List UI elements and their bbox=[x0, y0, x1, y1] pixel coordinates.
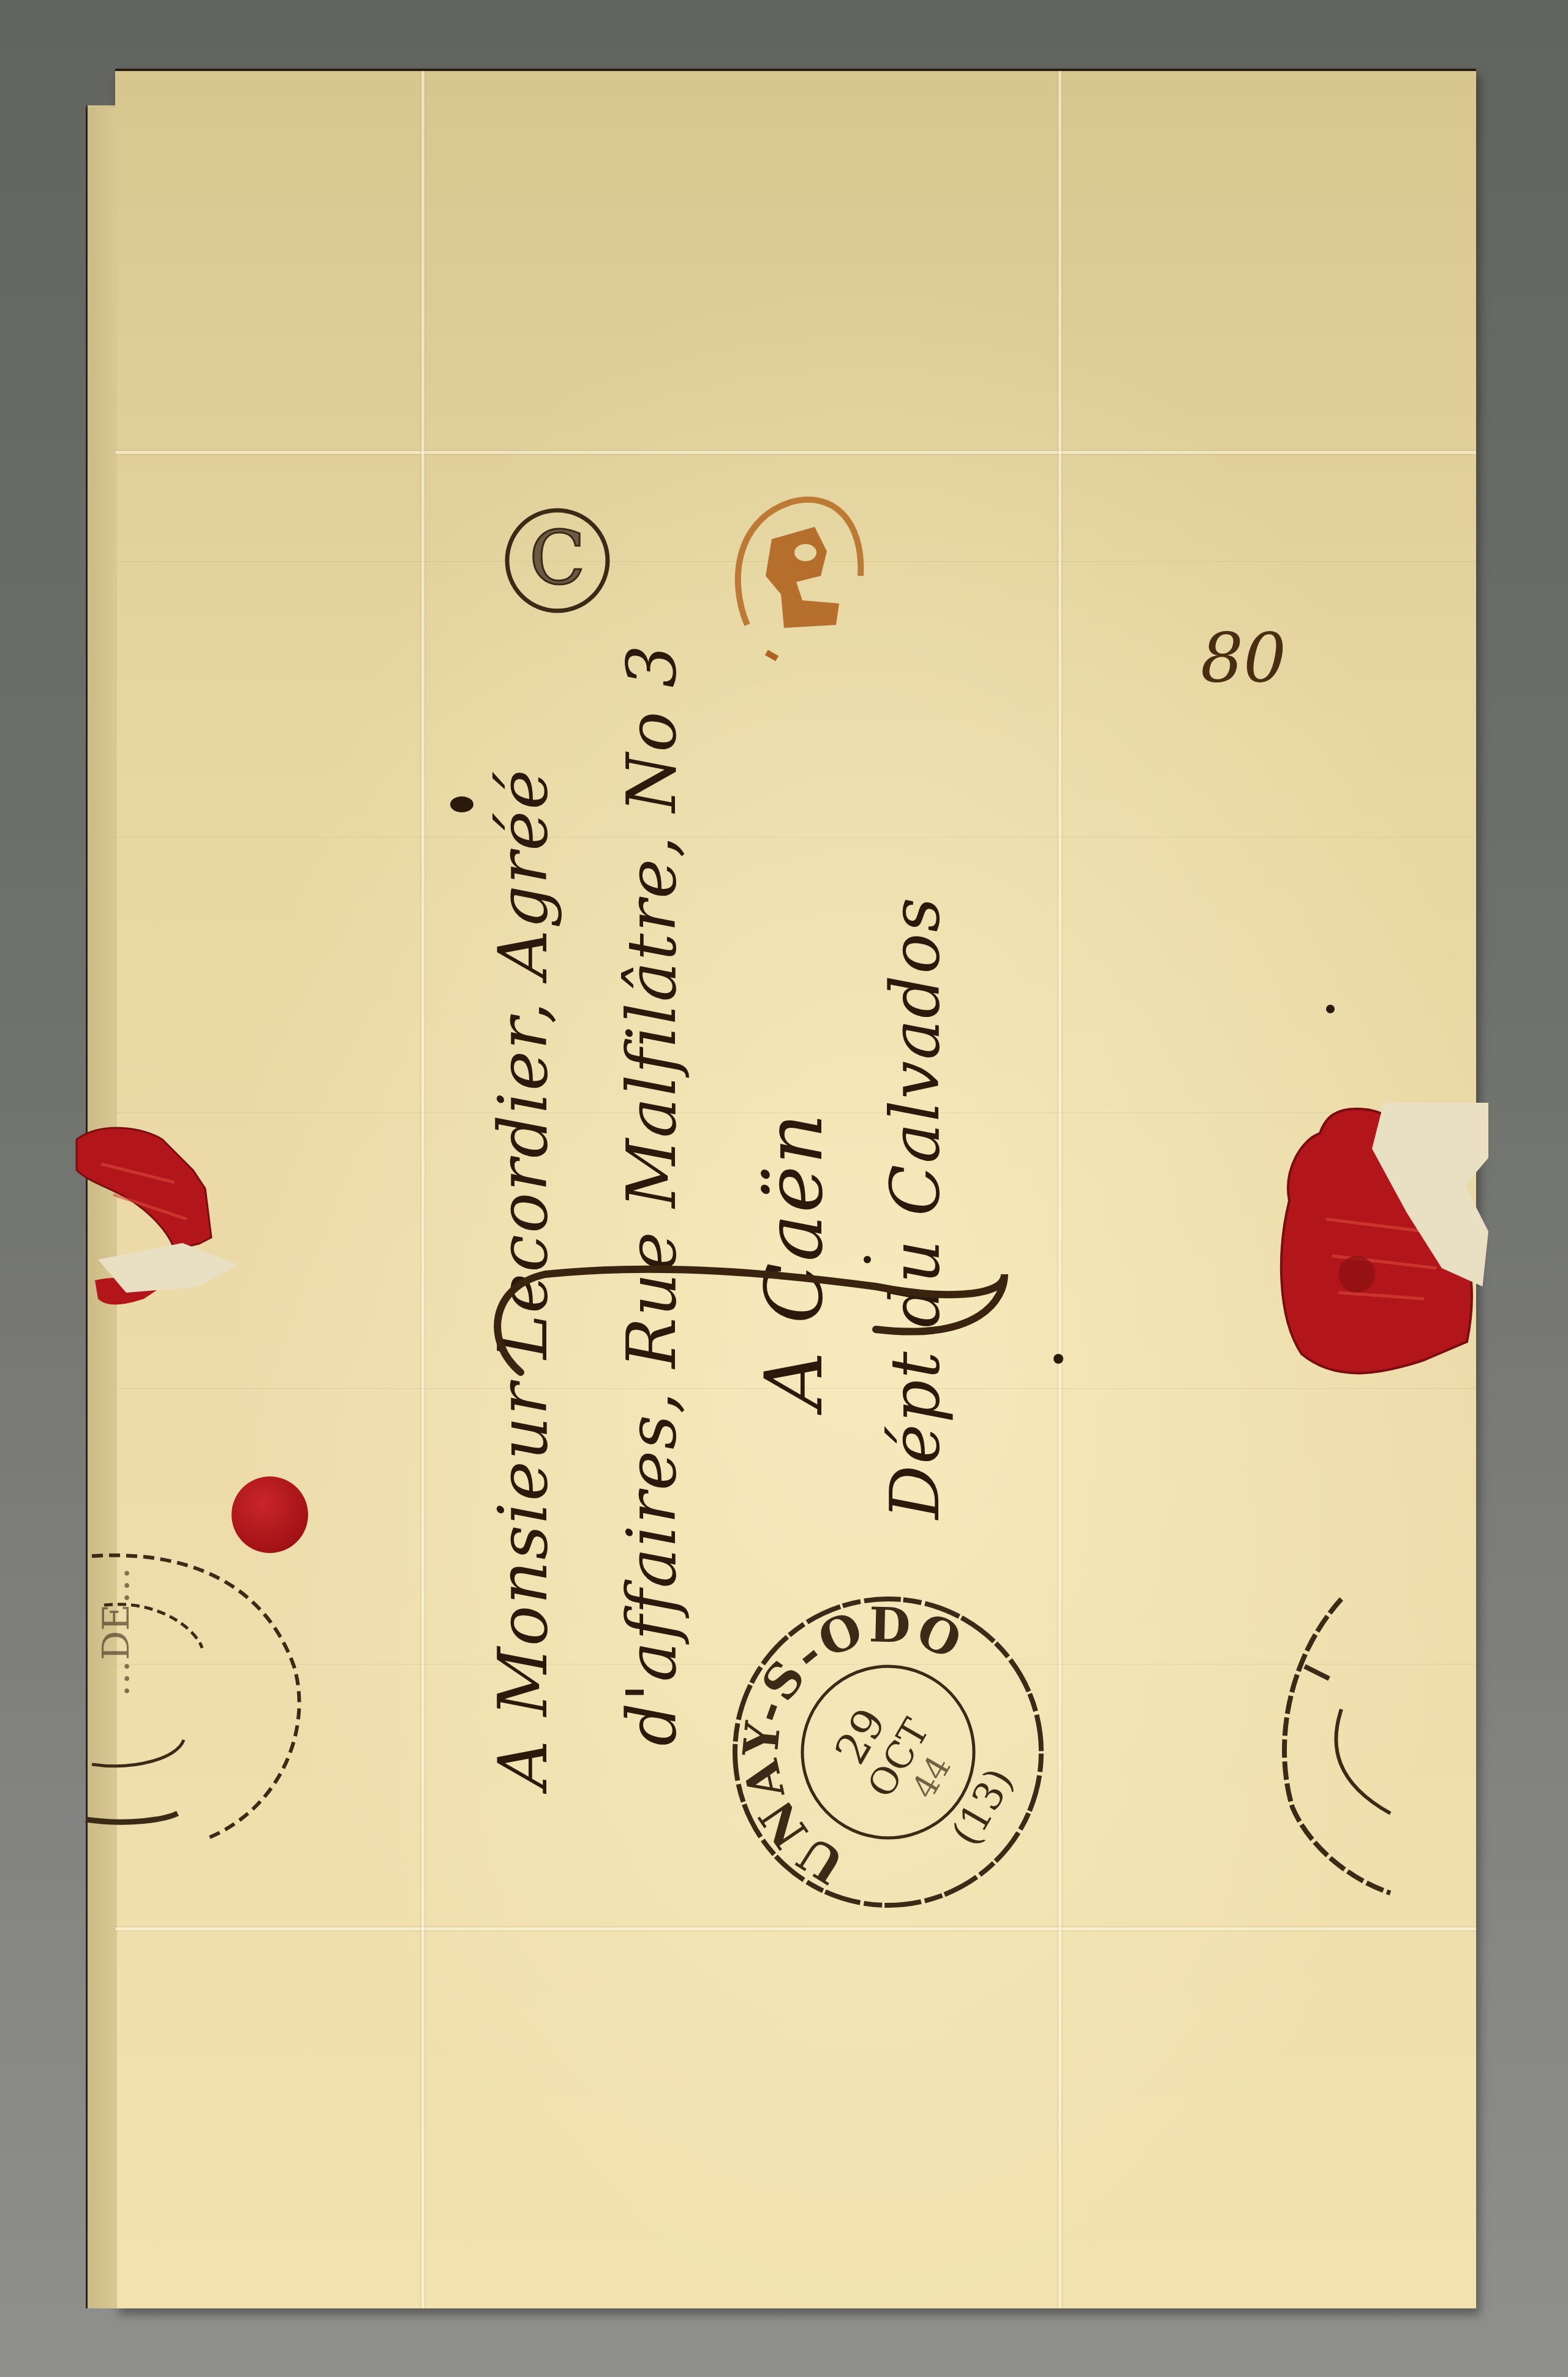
fold-line bbox=[1058, 71, 1061, 2308]
svg-text:…DE…: …DE… bbox=[95, 1567, 138, 1697]
ink-speck bbox=[1326, 1005, 1335, 1013]
ink-speck bbox=[450, 796, 473, 812]
address-line-2: d'affaires, Rue Malfilâtre, No 3 bbox=[612, 643, 691, 1746]
wax-seal-left bbox=[64, 1115, 248, 1375]
rate-marking: 80 bbox=[1200, 619, 1286, 697]
wax-dot bbox=[232, 1476, 308, 1553]
fold-line bbox=[115, 451, 1476, 454]
partial-postmark-left: …DE… bbox=[86, 1544, 318, 1889]
address-line-4: Dépt du Calvados bbox=[876, 896, 954, 1519]
pen-flourish bbox=[478, 1250, 1029, 1397]
ink-speck bbox=[1053, 1354, 1063, 1364]
partial-postmark-right bbox=[1274, 1587, 1458, 1908]
fold-line bbox=[421, 71, 424, 2308]
fold-line bbox=[115, 1927, 1476, 1930]
letter-photo: 80 C A Monsieur Lecordier, Agréé d'affai… bbox=[0, 0, 1568, 2377]
ink-speck bbox=[864, 1256, 871, 1263]
